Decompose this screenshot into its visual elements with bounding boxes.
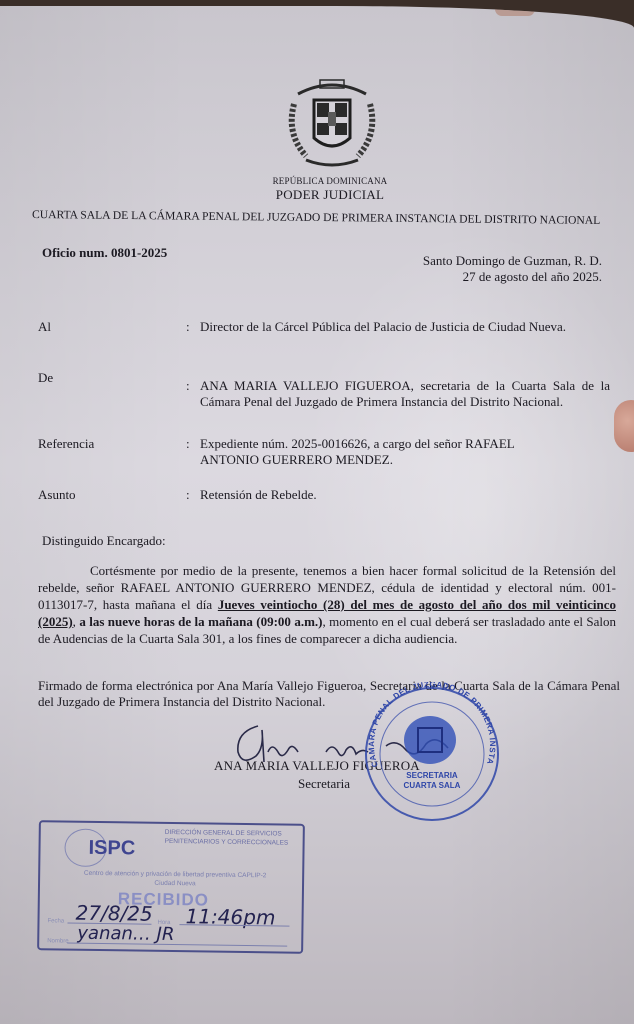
finger-top bbox=[495, 6, 535, 16]
field-value: ANA MARIA VALLEJO FIGUEROA, secretaria d… bbox=[200, 378, 610, 410]
ispc-directorate: Dirección General de Servicios Penitenci… bbox=[165, 828, 295, 848]
field-label: Al bbox=[38, 319, 51, 335]
date-label: Fecha bbox=[47, 918, 64, 924]
electronic-signature-note: Firmado de forma electrónica por Ana Mar… bbox=[38, 678, 620, 710]
field-colon: : bbox=[186, 436, 190, 452]
svg-text:SECRETARIA: SECRETARIA bbox=[406, 771, 458, 780]
field-label: De bbox=[38, 370, 53, 386]
country-name: REPÚBLICA DOMINICANA bbox=[0, 176, 634, 186]
paragraph-time-emphasis: a las nueve horas de la mañana (09:00 a.… bbox=[79, 614, 322, 629]
salutation: Distinguido Encargado: bbox=[42, 533, 166, 549]
field-colon: : bbox=[186, 487, 190, 503]
field-value: Expediente núm. 2025-0016626, a cargo de… bbox=[200, 436, 560, 468]
signer-role: Secretaria bbox=[298, 776, 350, 792]
received-by: yanan… JR bbox=[77, 923, 174, 945]
body-paragraph: Cortésmente por medio de la presente, te… bbox=[38, 562, 616, 647]
document-page: REPÚBLICA DOMINICANA PODER JUDICIAL CUAR… bbox=[0, 6, 634, 1024]
court-seal-stamp: CAMARA PENAL DEL JUZGADO DE PRIMERA INST… bbox=[358, 682, 506, 822]
svg-text:CUARTA SALA: CUARTA SALA bbox=[404, 781, 461, 790]
thumb-holding-page bbox=[614, 400, 634, 452]
field-label: Referencia bbox=[38, 436, 94, 452]
court-name: CUARTA SALA DE LA CÁMARA PENAL DEL JUZGA… bbox=[32, 208, 632, 227]
ispc-brand: ISPC bbox=[88, 837, 135, 861]
date: 27 de agosto del año 2025. bbox=[423, 269, 602, 285]
received-stamp: ISPC Dirección General de Servicios Peni… bbox=[37, 820, 305, 954]
oficio-number: Oficio num. 0801-2025 bbox=[42, 245, 167, 261]
field-label: Asunto bbox=[38, 487, 76, 503]
field-colon: : bbox=[186, 319, 190, 335]
field-value: Director de la Cárcel Pública del Palaci… bbox=[200, 319, 610, 335]
place-date: Santo Domingo de Guzman, R. D. 27 de ago… bbox=[423, 253, 602, 285]
name-line bbox=[67, 943, 287, 947]
field-colon: : bbox=[186, 378, 190, 394]
place: Santo Domingo de Guzman, R. D. bbox=[423, 253, 602, 269]
field-value: Retensión de Rebelde. bbox=[200, 487, 610, 503]
name-label: Nombre bbox=[47, 938, 68, 944]
coat-of-arms-icon bbox=[284, 74, 380, 176]
ispc-center: Centro de atención y privación de libert… bbox=[80, 869, 270, 890]
institution-name: PODER JUDICIAL bbox=[0, 187, 634, 203]
